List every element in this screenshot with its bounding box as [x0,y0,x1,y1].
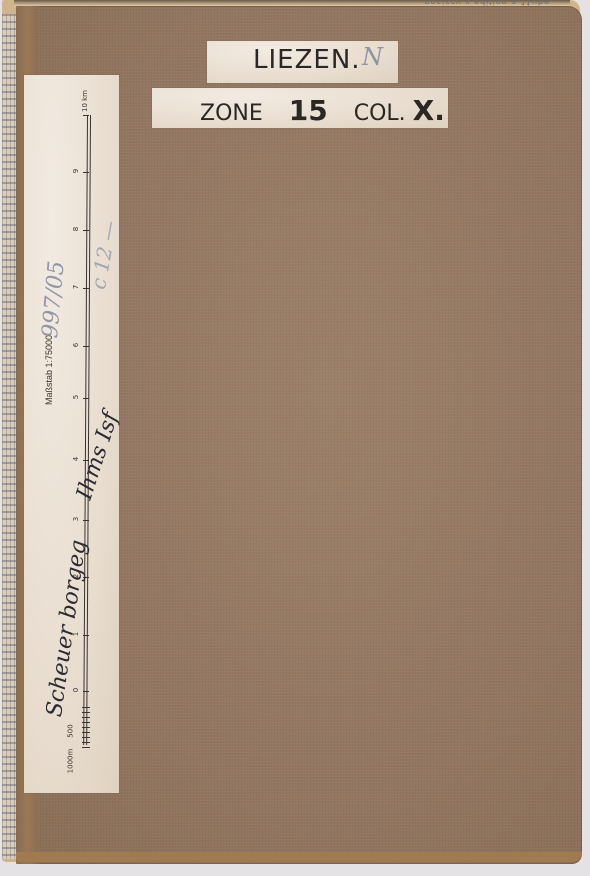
scale-tick-label: 8 [72,227,80,231]
scale-tick [83,346,89,347]
scale-tick-label: 3 [72,517,80,521]
scale-caption: Maßstab 1:75000 [44,335,54,405]
zone-word: ZONE [200,101,263,126]
col-value: X. [413,94,445,127]
scale-strip: 10 km 9 8 7 6 5 4 3 2 1 0 500 1000m Maßs… [24,75,119,793]
scale-tick-label: 10 km [81,90,89,112]
scale-tick-label: 9 [72,169,80,173]
zone-line: ZONE 15 COL. X. [200,94,445,127]
pencil-catalog-number: 997/05 [38,260,70,339]
scale-tick-label: 6 [72,343,80,347]
scale-tick [83,115,89,116]
scale-tick [83,635,89,636]
map-title: LIEZEN. [253,45,361,75]
title-label: LIEZEN. N [207,41,398,83]
scanned-map-cover: nosiscy x edition a 11ube LIEZEN. N ZONE… [0,0,590,876]
scale-tick [83,288,89,289]
scale-tick-label: 5 [72,395,80,399]
zone-label: ZONE 15 COL. X. [152,88,448,128]
scale-tick [83,398,89,399]
scale-tick-label: 4 [72,457,80,461]
scale-tick [83,691,89,692]
scale-tick-label: 500 [67,724,75,737]
scale-subdivisions [82,707,90,749]
scale-tick-label: 1000m [66,749,74,774]
scale-tick [83,172,89,173]
scale-tick-label: 0 [72,688,80,692]
col-word: COL. [354,101,406,126]
pencil-price-note: c 12 — [86,219,122,291]
scale-tick [83,520,89,521]
scale-bar [83,115,91,745]
zone-number: 15 [289,94,328,127]
frayed-bottom-edge [16,852,582,862]
scale-tick-label: 7 [72,285,80,289]
title-pencil-annotation: N [362,43,383,71]
scale-tick [83,230,89,231]
